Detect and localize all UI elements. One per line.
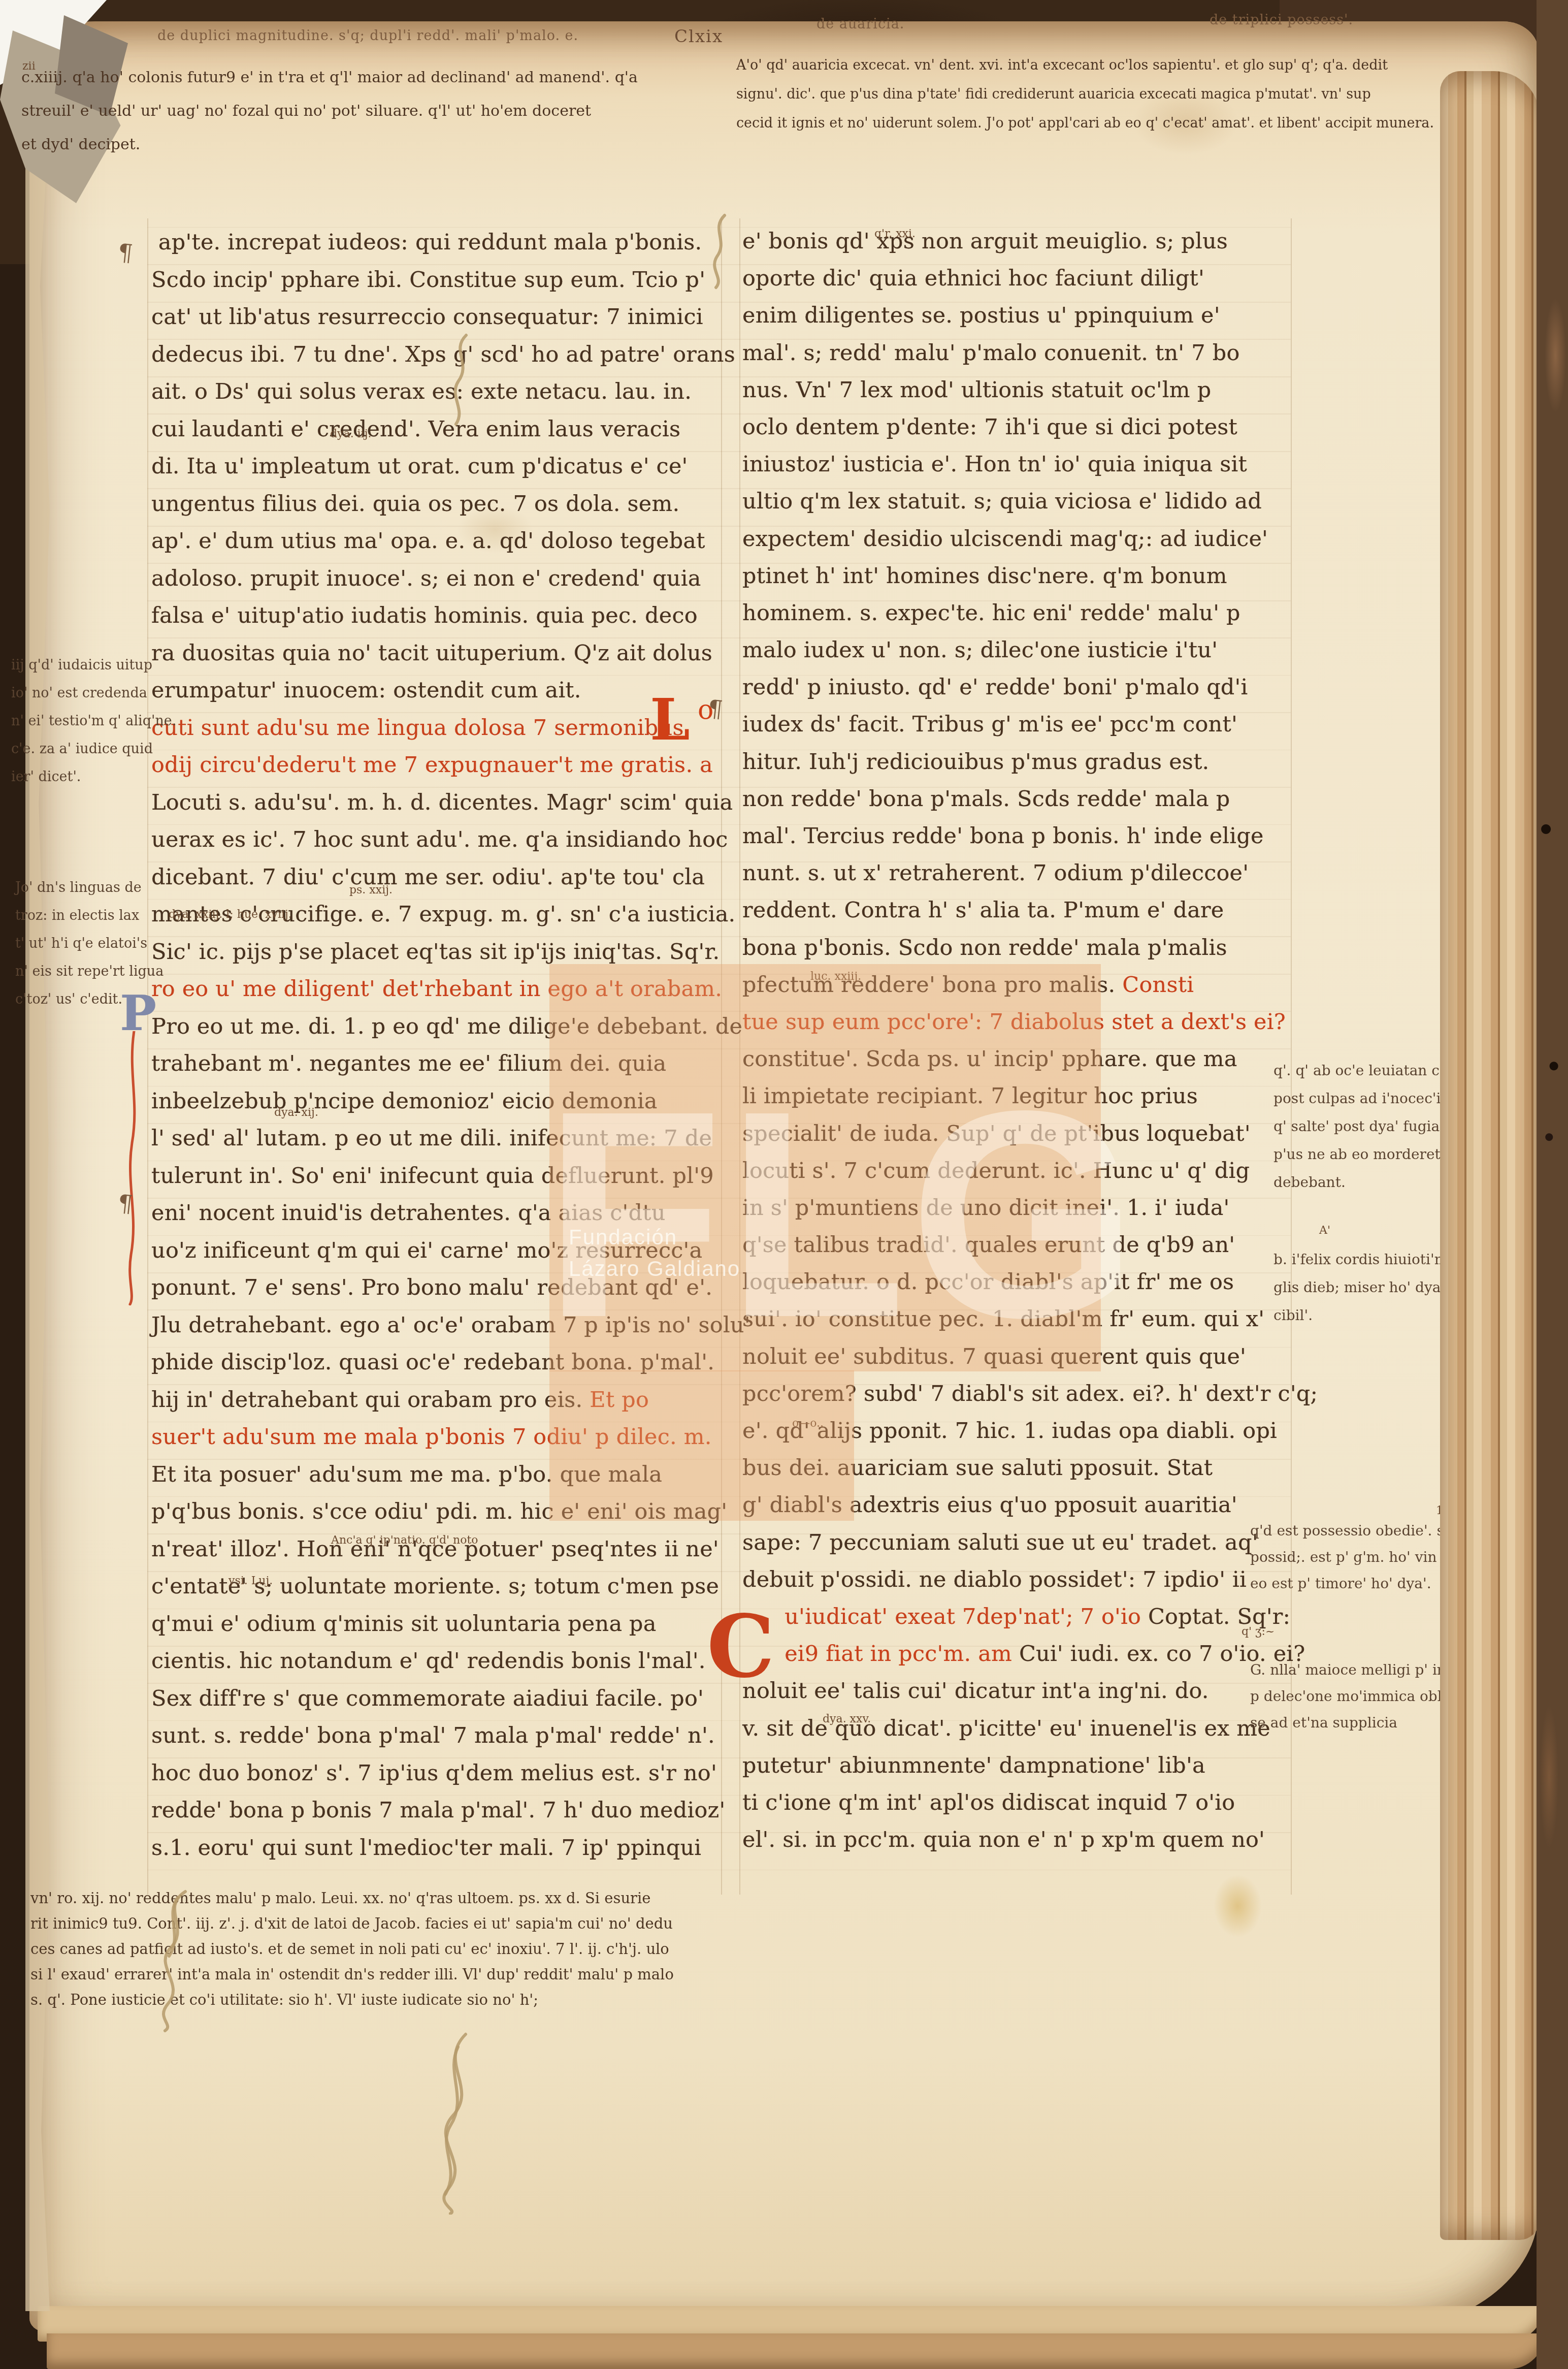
manuscript-photo: de duplici magnitudine. s'q; dupl'i redd…: [0, 0, 1568, 2369]
pen-flourish: [707, 213, 732, 290]
text-line: debuit p'ossidi. ne diablo possidet': 7 …: [742, 1567, 1291, 1604]
interlinear-note: dya. xij.: [274, 1106, 318, 1119]
initial-descender-flourish: [124, 1031, 144, 1305]
margin-note-left-2: Jo' dn's linguas detroz: in electis laxt…: [15, 874, 164, 1013]
intro-paragraph-right: A'o' qd' auaricia excecat. vn' dent. xvi…: [736, 51, 1528, 138]
pen-flourish: [417, 2032, 494, 2215]
text-line: ap'. e' dum utius ma' opa. e. a. qd' dol…: [151, 528, 720, 566]
text-line: si l' exaud' errarer' int'a mala in' ost…: [30, 1962, 726, 1987]
text-line: n' ei' testio'm q' aliq'ne.: [11, 707, 176, 735]
text-line: redd' p iniusto. qd' e' redde' boni' p'm…: [742, 675, 1291, 712]
text-line: ungentus filius dei. quia os pec. 7 os d…: [151, 491, 720, 529]
text-line: vn' ro. xij. no' reddentes malu' p malo.…: [30, 1885, 726, 1911]
text-line: e' bonis qd' xps non arguit meuiglio. s;…: [742, 229, 1291, 266]
watermark-org-line1: Fundación: [569, 1225, 677, 1250]
text-line: di. Ita u' impleatum ut orat. cum p'dica…: [151, 454, 720, 491]
interlinear-note: q'r. xxi.: [874, 228, 916, 240]
text-line: sunt. s. redde' bona p'mal' 7 mala p'mal…: [151, 1723, 720, 1760]
text-line: s. q'. Pone iusticie et co'i utilitate: …: [30, 1987, 726, 2012]
text-line: malo iudex u' non. s; dilec'one iusticie…: [742, 637, 1291, 675]
text-line: Locuti s. adu'su'. m. h. d. dicentes. Ma…: [151, 790, 720, 827]
running-header-left: de duplici magnitudine. s'q; dupl'i redd…: [157, 28, 578, 44]
rubric-initial-C: C: [707, 1604, 775, 1689]
text-line: cat' ut lib'atus resurreccio consequatur…: [151, 304, 720, 342]
text-line: iij q'd' iudaicis uitup: [11, 651, 176, 679]
footnote-block: vn' ro. xij. no' reddentes malu' p malo.…: [30, 1885, 726, 2012]
text-line: troz: in electis lax: [15, 902, 164, 930]
text-line: io' no' est credenda: [11, 679, 176, 707]
text-line: noluit ee' talis cui' dicatur int'a ing'…: [742, 1678, 1291, 1715]
margin-note-left-1: iij q'd' iudaicis uitupio' no' est crede…: [11, 651, 176, 791]
text-line: hitur. Iuh'j rediciouibus p'mus gradus e…: [742, 749, 1291, 786]
text-line: enim diligentes se. postius u' ppinquium…: [742, 303, 1291, 340]
text-line: ier' dicet'.: [11, 763, 176, 791]
text-line: adoloso. prupit inuoce'. s; ei non e' cr…: [151, 566, 720, 603]
text-line: oporte dic' quia ethnici hoc faciunt dil…: [742, 266, 1291, 303]
text-line: expectem' desidio ulciscendi mag'q;: ad …: [742, 526, 1291, 563]
interlinear-note: dya. xxiij. l; hue. xviij.: [169, 908, 292, 921]
rubric-initial-L: L: [650, 687, 690, 753]
text-line: non redde' bona p'mals. Scds redde' mala…: [742, 786, 1291, 823]
text-line: uerax es ic'. 7 hoc sunt adu'. me. q'a i…: [151, 827, 720, 865]
interlinear-note: ps. xxij.: [349, 884, 393, 897]
text-line: ra duositas quia no' tacit uituperium. Q…: [151, 641, 720, 678]
text-line: c.xiiij. q'a ho' colonis futur9 e' in t'…: [21, 61, 732, 94]
text-line: s.1. eoru' qui sunt l'medioc'ter mali. 7…: [151, 1835, 720, 1873]
text-line: iniustoz' iusticia e'. Hon tn' io' quia …: [742, 452, 1291, 489]
text-line: cui laudanti e' credend'. Vera enim laus…: [151, 417, 720, 454]
text-line: streuil' e' ueld' ur' uag' no' fozal qui…: [21, 94, 732, 128]
text-line: Scdo incip' pphare ibi. Constitue sup eu…: [151, 267, 720, 305]
binding-right-strip: [1537, 0, 1568, 2369]
text-line: sape: 7 peccuniam saluti sue ut eu' trad…: [742, 1530, 1291, 1567]
paraph-mark: ¶: [116, 1189, 134, 1218]
watermark-logo-letters: FLG: [543, 960, 1112, 1468]
text-line: q'mui e' odium q'minis sit uoluntaria pe…: [151, 1611, 720, 1649]
text-line: hominem. s. expec'te. hic eni' redde' ma…: [742, 600, 1291, 637]
pen-flourish: [446, 333, 476, 427]
text-line: Jo' dn's linguas de: [15, 874, 164, 902]
interlinear-note: q' ʒ:~: [1242, 1625, 1275, 1638]
text-line: ces canes ad patficit ad iusto's. et de …: [30, 1936, 726, 1962]
text-line: oclo dentem p'dente: 7 ih'i que si dici …: [742, 414, 1291, 452]
page-edge-layer: [47, 2333, 1545, 2369]
text-line: erumpatur' inuocem: ostendit cum ait.: [151, 678, 720, 715]
text-line: u'iudicat' exeat 7dep'nat'; 7 o'io Copta…: [742, 1604, 1291, 1641]
text-line: nunt. s. ut x' retraherent. 7 odium p'di…: [742, 860, 1291, 898]
text-line: el'. si. in pcc'm. quia non e' n' p xp'm…: [742, 1827, 1291, 1864]
text-line: ap'te. increpat iudeos: qui reddunt mala…: [151, 230, 720, 267]
text-line: c'toz' us' c'edit.: [15, 985, 164, 1013]
text-line: ptinet h' int' homines disc'nere. q'm bo…: [742, 563, 1291, 600]
text-line: cuti sunt adu'su me lingua dolosa 7 serm…: [151, 715, 720, 753]
text-line: dedecus ibi. 7 tu dne'. Xps g' scd' ho a…: [151, 342, 720, 379]
text-line: ait. o Ds' qui solus verax es: exte neta…: [151, 379, 720, 417]
text-line: mal'. Tercius redde' bona p bonis. h' in…: [742, 823, 1291, 860]
text-line: falsa e' uitup'atio iudatis hominis. qui…: [151, 603, 720, 641]
text-line: odij circu'dederu't me 7 expugnauer't me…: [151, 752, 720, 790]
text-line: A'o' qd' auaricia excecat. vn' dent. xvi…: [736, 51, 1528, 80]
text-line: et dyd' decipet.: [21, 128, 732, 162]
text-line: Sex diff're s' que commemorate aiadiui f…: [151, 1686, 720, 1723]
interlinear-note: zii: [22, 60, 36, 73]
text-line: nus. Vn' 7 lex mod' ultionis statuit oc'…: [742, 377, 1291, 414]
text-line: ei9 fiat in pcc'm. am Cui' iudi. ex. co …: [742, 1641, 1291, 1678]
text-line: ultio q'm lex statuit. s; quia viciosa e…: [742, 489, 1291, 526]
interlinear-note: dya. xxv.: [823, 1713, 871, 1725]
running-header-right-2: de triplici possess'.: [1210, 12, 1353, 28]
text-line: c'e. za a' iudice quid: [11, 735, 176, 763]
text-line: reddent. Contra h' s' alia ta. P'mum e' …: [742, 898, 1291, 935]
watermark-org-line2: Lázaro Galdiano: [569, 1257, 740, 1281]
ink-stain: [1214, 1874, 1262, 1938]
interlinear-note: ysi. Luj.: [228, 1575, 273, 1587]
text-line: cecid it ignis et no' uiderunt solem. J'…: [736, 109, 1528, 138]
text-line: t' ut' h'i q'e elatoi's: [15, 930, 164, 957]
folio-number: Clxix: [674, 26, 723, 47]
interlinear-note: A': [1319, 1224, 1330, 1237]
book-fore-edge: [1440, 71, 1540, 2240]
text-line: ti c'ione q'm int' apl'os didiscat inqui…: [742, 1790, 1291, 1827]
interlinear-note: dya. iij.: [330, 428, 372, 440]
running-header-right-1: de auaricia.: [816, 16, 904, 32]
text-line: hoc duo bonoz' s'. 7 ip'ius q'dem melius…: [151, 1760, 720, 1798]
pen-flourish: [150, 1887, 198, 2032]
interlinear-note: Anc'a q' ip'natio. q'd' noto: [331, 1534, 478, 1547]
text-line: signu'. dic'. que p'us dina p'tate' fidi…: [736, 80, 1528, 109]
text-line: dicebant. 7 diu' c'cum me ser. odiu'. ap…: [151, 865, 720, 902]
text-line: iudex ds' facit. Tribus g' m'is ee' pcc'…: [742, 712, 1291, 749]
text-line: redde' bona p bonis 7 mala p'mal'. 7 h' …: [151, 1798, 720, 1835]
text-line: mal'. s; redd' malu' p'malo conuenit. tn…: [742, 340, 1291, 377]
text-line: putetur' abiunmnente' dampnatione' lib'a: [742, 1753, 1291, 1790]
text-line: cientis. hic notandum e' qd' redendis bo…: [151, 1648, 720, 1686]
intro-paragraph-left: c.xiiij. q'a ho' colonis futur9 e' in t'…: [21, 61, 732, 162]
text-line: rit inimic9 tu9. Cont'. iij. z'. j. d'xi…: [30, 1911, 726, 1936]
text-line: n' eis sit repe'rt ligua: [15, 957, 164, 985]
paraph-mark: ¶: [116, 238, 134, 267]
ruling-vertical: [147, 218, 148, 1895]
paraph-mark: ¶: [706, 694, 724, 723]
